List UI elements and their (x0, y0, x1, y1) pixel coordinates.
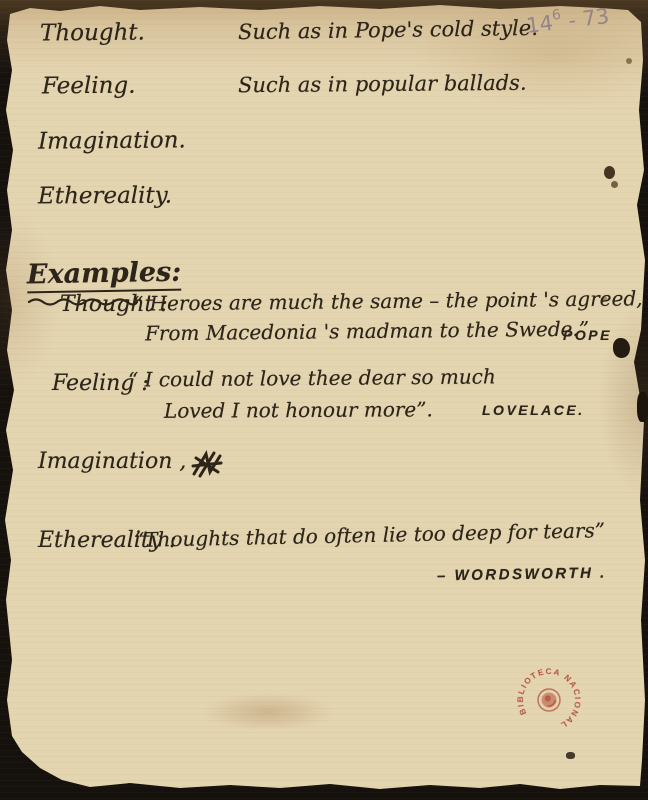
catalog-superscript: 6 (551, 7, 562, 24)
definition-term-imagination: Imagination. (38, 127, 186, 154)
definition-note-feeling: Such as in popular ballads. (238, 71, 527, 98)
thought-quote-line2: From Macedonia 's madman to the Swede.” (145, 317, 589, 346)
definition-note-thought: Such as in Pope's cold style. (238, 16, 538, 44)
definition-term-thought: Thought. (40, 19, 145, 46)
examples-heading: Examples: (27, 257, 182, 294)
definition-term-ethereality: Ethereality. (38, 183, 172, 210)
definition-term-feeling: Feeling. (42, 73, 136, 100)
attribution-lovelace: LOVELACE. (482, 402, 585, 418)
scratched-out-word (190, 450, 224, 478)
attribution-pope: POPE (563, 327, 612, 343)
feeling-quote-line1: “ I could not love thee dear so much (128, 364, 496, 391)
catalog-rest: - 73 (567, 4, 611, 33)
attribution-wordsworth: – WORDSWORTH . (437, 565, 607, 585)
example-term-imagination: Imagination , (38, 449, 186, 474)
feeling-quote-line2: Loved I not honour more”. (164, 397, 433, 422)
